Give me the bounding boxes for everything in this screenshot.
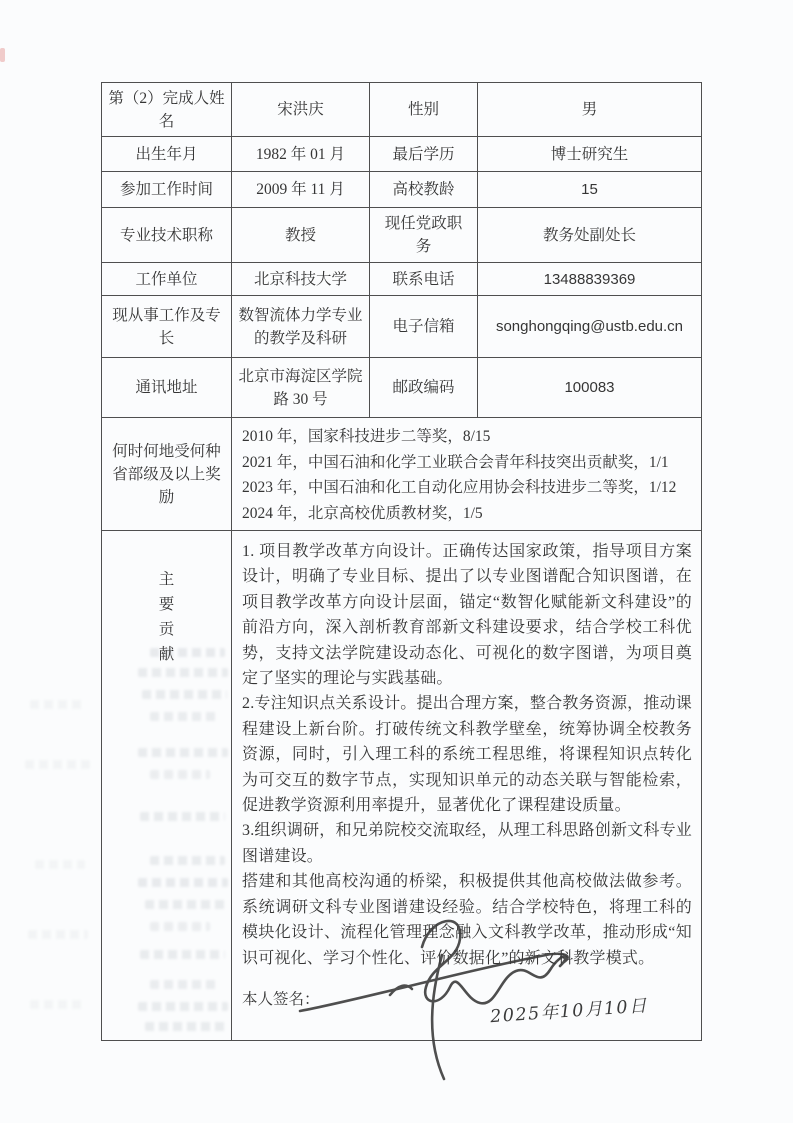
field-label: 专业技术职称 bbox=[102, 208, 232, 263]
field-label: 邮政编码 bbox=[370, 358, 478, 418]
contribution-paragraph: 3.组织调研，和兄弟院校交流取经，从理工科思路创新文科专业图谱建设。 bbox=[242, 818, 692, 869]
field-value: 1982 年 01 月 bbox=[232, 137, 370, 172]
field-label: 出生年月 bbox=[102, 137, 232, 172]
table-row: 专业技术职称 教授 现任党政职务 教务处副处长 bbox=[102, 208, 702, 263]
award-item: 2023 年，中国石油和化工自动化应用协会科技进步二等奖，1/12 bbox=[242, 475, 693, 501]
contributions-row: 主 要 贡 献 1. 项目教学改革方向设计。正确传达国家政策，指导项目方案设计，… bbox=[102, 531, 702, 1041]
awards-list: 2010 年，国家科技进步二等奖，8/15 2021 年，中国石油和化学工业联合… bbox=[232, 418, 702, 531]
field-label: 第（2）完成人姓名 bbox=[102, 83, 232, 137]
field-label: 现从事工作及专长 bbox=[102, 296, 232, 358]
field-value: 教务处副处长 bbox=[478, 208, 702, 263]
contribution-paragraph: 2.专注知识点关系设计。提出合理方案，整合教务资源，推动课程建设上新台阶。打破传… bbox=[242, 691, 692, 818]
award-item: 2024 年，北京高校优质教材奖，1/5 bbox=[242, 501, 693, 527]
contributions-label-char: 主 bbox=[103, 567, 230, 592]
awards-row: 何时何地受何种省部级及以上奖励 2010 年，国家科技进步二等奖，8/15 20… bbox=[102, 418, 702, 531]
field-value: 北京科技大学 bbox=[232, 263, 370, 296]
field-label: 工作单位 bbox=[102, 263, 232, 296]
field-value: 教授 bbox=[232, 208, 370, 263]
table-row: 出生年月 1982 年 01 月 最后学历 博士研究生 bbox=[102, 137, 702, 172]
field-label: 参加工作时间 bbox=[102, 172, 232, 208]
contributions-label-char: 要 bbox=[103, 592, 230, 617]
field-value: 2009 年 11 月 bbox=[232, 172, 370, 208]
field-value: 博士研究生 bbox=[478, 137, 702, 172]
table-row: 参加工作时间 2009 年 11 月 高校教龄 15 bbox=[102, 172, 702, 208]
field-value: 15 bbox=[478, 172, 702, 208]
field-label: 最后学历 bbox=[370, 137, 478, 172]
contributions-label-char: 献 bbox=[103, 642, 230, 667]
field-value: 男 bbox=[478, 83, 702, 137]
table-row: 通讯地址 北京市海淀区学院路 30 号 邮政编码 100083 bbox=[102, 358, 702, 418]
contributions-label-char: 贡 bbox=[103, 617, 230, 642]
field-label: 联系电话 bbox=[370, 263, 478, 296]
field-value: 北京市海淀区学院路 30 号 bbox=[232, 358, 370, 418]
award-item: 2010 年，国家科技进步二等奖，8/15 bbox=[242, 424, 693, 450]
scanned-form-page: 第（2）完成人姓名 宋洪庆 性别 男 出生年月 1982 年 01 月 最后学历… bbox=[0, 0, 793, 1123]
field-value: 13488839369 bbox=[478, 263, 702, 296]
scan-artifact-speck bbox=[0, 48, 5, 62]
handwritten-signature bbox=[294, 903, 594, 1083]
table-row: 工作单位 北京科技大学 联系电话 13488839369 bbox=[102, 263, 702, 296]
contributions-text: 1. 项目教学改革方向设计。正确传达国家政策，指导项目方案设计，明确了专业目标、… bbox=[232, 531, 702, 1041]
field-label: 高校教龄 bbox=[370, 172, 478, 208]
awards-label: 何时何地受何种省部级及以上奖励 bbox=[102, 418, 232, 531]
field-value: songhongqing@ustb.edu.cn bbox=[478, 296, 702, 358]
award-item: 2021 年，中国石油和化学工业联合会青年科技突出贡献奖，1/1 bbox=[242, 450, 693, 476]
field-value: 宋洪庆 bbox=[232, 83, 370, 137]
field-label: 电子信箱 bbox=[370, 296, 478, 358]
table-row: 第（2）完成人姓名 宋洪庆 性别 男 bbox=[102, 83, 702, 137]
field-value: 数智流体力学专业的教学及科研 bbox=[232, 296, 370, 358]
table-row: 现从事工作及专长 数智流体力学专业的教学及科研 电子信箱 songhongqin… bbox=[102, 296, 702, 358]
field-label: 现任党政职务 bbox=[370, 208, 478, 263]
field-label: 性别 bbox=[370, 83, 478, 137]
contributions-label: 主 要 贡 献 bbox=[102, 531, 232, 1041]
field-label: 通讯地址 bbox=[102, 358, 232, 418]
contribution-paragraph: 1. 项目教学改革方向设计。正确传达国家政策，指导项目方案设计，明确了专业目标、… bbox=[242, 539, 692, 691]
completer-info-table: 第（2）完成人姓名 宋洪庆 性别 男 出生年月 1982 年 01 月 最后学历… bbox=[101, 82, 702, 1041]
field-value: 100083 bbox=[478, 358, 702, 418]
